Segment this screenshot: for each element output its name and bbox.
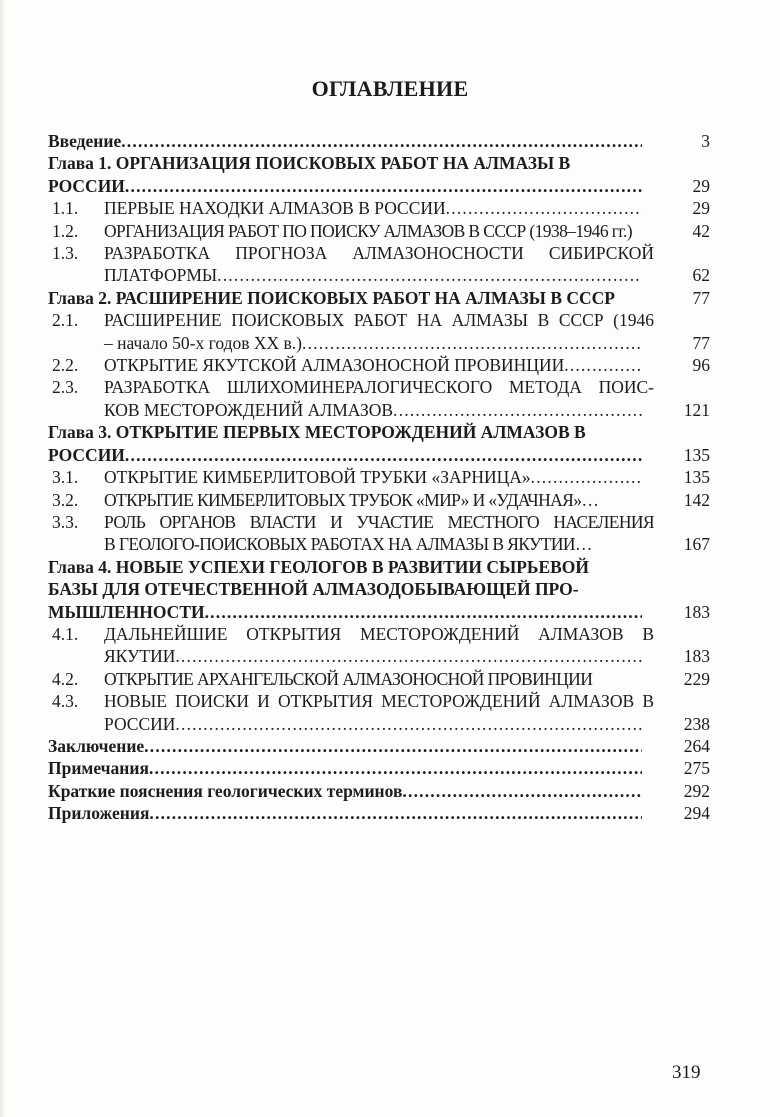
section-number: 1.2. xyxy=(52,220,104,242)
toc-entry[interactable]: Введение3 xyxy=(48,130,710,152)
entry-page-number: 294 xyxy=(654,802,710,824)
dot-leader xyxy=(121,130,642,152)
page-title: ОГЛАВЛЕНИЕ xyxy=(0,76,780,102)
entry-page-number: 142 xyxy=(654,489,710,511)
section-number: 4.3. xyxy=(52,690,104,712)
toc-chapter-entry[interactable]: Глава 2. РАСШИРЕНИЕ ПОИСКОВЫХ РАБОТ НА А… xyxy=(48,287,710,309)
toc-section-entry[interactable]: 1.3.РАЗРАБОТКА ПРОГНОЗА АЛМАЗОНОСНОСТИ С… xyxy=(48,242,710,287)
entry-title-text: ОРГАНИЗАЦИЯ РАБОТ ПО ПОИСКУ АЛМАЗОВ В СС… xyxy=(104,221,632,241)
entry-last-line: ОТКРЫТИЕ ЯКУТСКОЙ АЛМАЗОНОСНОЙ ПРОВИНЦИИ… xyxy=(48,354,710,376)
entry-page-number: 62 xyxy=(654,264,710,286)
toc-entry[interactable]: Заключение264 xyxy=(48,735,710,757)
entry-line: РОЛЬ ОРГАНОВ ВЛАСТИ И УЧАСТИЕ МЕСТНОГО Н… xyxy=(48,511,710,533)
entry-page-number: 121 xyxy=(654,399,710,421)
toc-section-entry[interactable]: 3.2.ОТКРЫТИЕ КИМБЕРЛИТОВЫХ ТРУБОК «МИР» … xyxy=(48,489,710,511)
toc-section-entry[interactable]: 2.1.РАСШИРЕНИЕ ПОИСКОВЫХ РАБОТ НА АЛМАЗЫ… xyxy=(48,309,710,354)
entry-title: Введение xyxy=(48,130,654,152)
dot-leader xyxy=(205,601,642,623)
toc-chapter-entry[interactable]: Глава 4. НОВЫЕ УСПЕХИ ГЕОЛОГОВ В РАЗВИТИ… xyxy=(48,556,710,623)
dot-leader xyxy=(302,332,642,354)
dot-leader xyxy=(217,264,642,286)
page-edge-shadow xyxy=(0,0,6,1117)
entry-page-number: 264 xyxy=(654,735,710,757)
entry-title: ЯКУТИИ xyxy=(48,645,654,667)
entry-title-line: НОВЫЕ ПОИСКИ И ОТКРЫТИЯ МЕСТОРОЖДЕНИЙ АЛ… xyxy=(48,690,654,712)
entry-title: Приложения xyxy=(48,802,654,824)
section-number: 2.3. xyxy=(52,376,104,398)
section-number: 2.2. xyxy=(52,354,104,376)
toc-section-entry[interactable]: 1.2.ОРГАНИЗАЦИЯ РАБОТ ПО ПОИСКУ АЛМАЗОВ … xyxy=(48,220,710,242)
entry-line: НОВЫЕ ПОИСКИ И ОТКРЫТИЯ МЕСТОРОЖДЕНИЙ АЛ… xyxy=(48,690,710,712)
entry-title-text: МЫШЛЕННОСТИ xyxy=(48,601,205,623)
entry-last-line: КОВ МЕСТОРОЖДЕНИЙ АЛМАЗОВ121 xyxy=(48,399,710,421)
entry-line: Глава 1. ОРГАНИЗАЦИЯ ПОИСКОВЫХ РАБОТ НА … xyxy=(48,152,710,174)
entry-last-line: ОРГАНИЗАЦИЯ РАБОТ ПО ПОИСКУ АЛМАЗОВ В СС… xyxy=(48,220,710,242)
entry-title: ОРГАНИЗАЦИЯ РАБОТ ПО ПОИСКУ АЛМАЗОВ В СС… xyxy=(48,220,654,242)
entry-title: Заключение xyxy=(48,735,654,757)
section-number: 3.3. xyxy=(52,511,104,533)
entry-page-number: 42 xyxy=(654,220,710,242)
entry-title-text: Примечания xyxy=(48,757,149,779)
entry-title-line: Глава 4. НОВЫЕ УСПЕХИ ГЕОЛОГОВ В РАЗВИТИ… xyxy=(48,556,654,578)
section-number: 1.3. xyxy=(52,242,104,264)
entry-title-text: ЯКУТИИ xyxy=(104,645,175,667)
entry-title-text: РОССИИ xyxy=(48,444,125,466)
entry-page-number: 167 xyxy=(654,533,710,555)
entry-line: РАЗРАБОТКА ШЛИХОМИНЕРАЛОГИЧЕСКОГО МЕТОДА… xyxy=(48,376,710,398)
entry-title: Глава 2. РАСШИРЕНИЕ ПОИСКОВЫХ РАБОТ НА А… xyxy=(48,287,654,309)
entry-title-text: ОТКРЫТИЕ ЯКУТСКОЙ АЛМАЗОНОСНОЙ ПРОВИНЦИИ xyxy=(104,354,564,376)
entry-title-text: ОТКРЫТИЕ КИМБЕРЛИТОВЫХ ТРУБОК «МИР» И «У… xyxy=(104,490,598,510)
entry-title: ОТКРЫТИЕ КИМБЕРЛИТОВЫХ ТРУБОК «МИР» И «У… xyxy=(48,489,654,511)
entry-page-number: 229 xyxy=(654,668,710,690)
section-number: 2.1. xyxy=(52,309,104,331)
toc-section-entry[interactable]: 4.1.ДАЛЬНЕЙШИЕ ОТКРЫТИЯ МЕСТОРОЖДЕНИЙ АЛ… xyxy=(48,623,710,668)
entry-page-number: 96 xyxy=(654,354,710,376)
entry-last-line: РОССИИ29 xyxy=(48,175,710,197)
entry-title-text: ОТКРЫТИЕ КИМБЕРЛИТОВОЙ ТРУБКИ «ЗАРНИЦА» xyxy=(104,466,531,488)
entry-last-line: Заключение264 xyxy=(48,735,710,757)
entry-title-text: В ГЕОЛОГО-ПОИСКОВЫХ РАБОТАХ НА АЛМАЗЫ В … xyxy=(104,534,592,554)
entry-title-text: Приложения xyxy=(48,802,149,824)
dot-leader xyxy=(125,175,642,197)
entry-title: ОТКРЫТИЕ КИМБЕРЛИТОВОЙ ТРУБКИ «ЗАРНИЦА» xyxy=(48,466,654,488)
toc-section-entry[interactable]: 2.3.РАЗРАБОТКА ШЛИХОМИНЕРАЛОГИЧЕСКОГО МЕ… xyxy=(48,376,710,421)
entry-title-line: РАЗРАБОТКА ПРОГНОЗА АЛМАЗОНОСНОСТИ СИБИР… xyxy=(48,242,654,264)
entry-title-line: БАЗЫ ДЛЯ ОТЕЧЕСТВЕННОЙ АЛМАЗОДОБЫВАЮЩЕЙ … xyxy=(48,578,654,600)
dot-leader xyxy=(149,757,642,779)
entry-line: РАСШИРЕНИЕ ПОИСКОВЫХ РАБОТ НА АЛМАЗЫ В С… xyxy=(48,309,710,331)
entry-title-text: ПЛАТФОРМЫ xyxy=(104,264,217,286)
entry-title-text: ОТКРЫТИЕ АРХАНГЕЛЬСКОЙ АЛМАЗОНОСНОЙ ПРОВ… xyxy=(104,669,592,689)
toc-section-entry[interactable]: 3.3.РОЛЬ ОРГАНОВ ВЛАСТИ И УЧАСТИЕ МЕСТНО… xyxy=(48,511,710,556)
dot-leader xyxy=(125,444,642,466)
dot-leader xyxy=(446,197,642,219)
section-number: 4.1. xyxy=(52,623,104,645)
entry-title: В ГЕОЛОГО-ПОИСКОВЫХ РАБОТАХ НА АЛМАЗЫ В … xyxy=(48,533,654,555)
entry-title-line: Глава 3. ОТКРЫТИЕ ПЕРВЫХ МЕСТОРОЖДЕНИЙ А… xyxy=(48,421,654,443)
dot-leader xyxy=(564,354,642,376)
entry-last-line: МЫШЛЕННОСТИ183 xyxy=(48,601,710,623)
entry-title-text: – начало 50-х годов XX в.) xyxy=(104,332,302,354)
entry-last-line: Введение3 xyxy=(48,130,710,152)
dot-leader xyxy=(175,645,642,667)
toc-section-entry[interactable]: 1.1.ПЕРВЫЕ НАХОДКИ АЛМАЗОВ В РОССИИ29 xyxy=(48,197,710,219)
entry-last-line: Краткие пояснения геологических терминов… xyxy=(48,780,710,802)
entry-last-line: РОССИИ238 xyxy=(48,713,710,735)
entry-last-line: ЯКУТИИ183 xyxy=(48,645,710,667)
entry-title: ОТКРЫТИЕ АРХАНГЕЛЬСКОЙ АЛМАЗОНОСНОЙ ПРОВ… xyxy=(48,668,654,690)
entry-line: Глава 4. НОВЫЕ УСПЕХИ ГЕОЛОГОВ В РАЗВИТИ… xyxy=(48,556,710,578)
entry-line: ДАЛЬНЕЙШИЕ ОТКРЫТИЯ МЕСТОРОЖДЕНИЙ АЛМАЗО… xyxy=(48,623,710,645)
entry-last-line: Примечания275 xyxy=(48,757,710,779)
entry-title: ПЛАТФОРМЫ xyxy=(48,264,654,286)
entry-last-line: ПЛАТФОРМЫ62 xyxy=(48,264,710,286)
entry-title-text: РОССИИ xyxy=(48,175,125,197)
entry-last-line: РОССИИ135 xyxy=(48,444,710,466)
entry-title-line: РАСШИРЕНИЕ ПОИСКОВЫХ РАБОТ НА АЛМАЗЫ В С… xyxy=(48,309,654,331)
section-number: 3.2. xyxy=(52,489,104,511)
entry-title: Примечания xyxy=(48,757,654,779)
entry-page-number: 135 xyxy=(654,466,710,488)
page-number: 319 xyxy=(672,1062,701,1084)
entry-title-line: ДАЛЬНЕЙШИЕ ОТКРЫТИЯ МЕСТОРОЖДЕНИЙ АЛМАЗО… xyxy=(48,623,654,645)
toc-section-entry[interactable]: 2.2.ОТКРЫТИЕ ЯКУТСКОЙ АЛМАЗОНОСНОЙ ПРОВИ… xyxy=(48,354,710,376)
entry-page-number: 183 xyxy=(654,645,710,667)
entry-page-number: 292 xyxy=(654,780,710,802)
entry-page-number: 77 xyxy=(654,332,710,354)
entry-title-line: Глава 1. ОРГАНИЗАЦИЯ ПОИСКОВЫХ РАБОТ НА … xyxy=(48,152,654,174)
entry-title-line: РАЗРАБОТКА ШЛИХОМИНЕРАЛОГИЧЕСКОГО МЕТОДА… xyxy=(48,376,654,398)
entry-page-number: 77 xyxy=(654,287,710,309)
entry-page-number: 275 xyxy=(654,757,710,779)
entry-page-number: 135 xyxy=(654,444,710,466)
entry-title: РОССИИ xyxy=(48,713,654,735)
dot-leader xyxy=(393,399,642,421)
toc-chapter-entry[interactable]: Глава 3. ОТКРЫТИЕ ПЕРВЫХ МЕСТОРОЖДЕНИЙ А… xyxy=(48,421,710,466)
dot-leader xyxy=(175,713,642,735)
toc-section-entry[interactable]: 4.2.ОТКРЫТИЕ АРХАНГЕЛЬСКОЙ АЛМАЗОНОСНОЙ … xyxy=(48,668,710,690)
entry-last-line: ОТКРЫТИЕ КИМБЕРЛИТОВЫХ ТРУБОК «МИР» И «У… xyxy=(48,489,710,511)
dot-leader xyxy=(144,735,642,757)
section-number: 3.1. xyxy=(52,466,104,488)
entry-title: РОССИИ xyxy=(48,175,654,197)
toc-section-entry[interactable]: 4.3.НОВЫЕ ПОИСКИ И ОТКРЫТИЯ МЕСТОРОЖДЕНИ… xyxy=(48,690,710,735)
entry-title-text: РОССИИ xyxy=(104,713,175,735)
toc-section-entry[interactable]: 3.1.ОТКРЫТИЕ КИМБЕРЛИТОВОЙ ТРУБКИ «ЗАРНИ… xyxy=(48,466,710,488)
entry-page-number: 3 xyxy=(654,130,710,152)
entry-title: ПЕРВЫЕ НАХОДКИ АЛМАЗОВ В РОССИИ xyxy=(48,197,654,219)
entry-last-line: Приложения294 xyxy=(48,802,710,824)
entry-page-number: 29 xyxy=(654,197,710,219)
entry-title-text: Глава 2. РАСШИРЕНИЕ ПОИСКОВЫХ РАБОТ НА А… xyxy=(48,288,615,308)
entry-title-text: КОВ МЕСТОРОЖДЕНИЙ АЛМАЗОВ xyxy=(104,399,393,421)
dot-leader xyxy=(149,802,642,824)
entry-line: БАЗЫ ДЛЯ ОТЕЧЕСТВЕННОЙ АЛМАЗОДОБЫВАЮЩЕЙ … xyxy=(48,578,710,600)
entry-last-line: ПЕРВЫЕ НАХОДКИ АЛМАЗОВ В РОССИИ29 xyxy=(48,197,710,219)
entry-page-number: 238 xyxy=(654,713,710,735)
section-number: 4.2. xyxy=(52,668,104,690)
toc-chapter-entry[interactable]: Глава 1. ОРГАНИЗАЦИЯ ПОИСКОВЫХ РАБОТ НА … xyxy=(48,152,710,197)
toc-entry[interactable]: Краткие пояснения геологических терминов… xyxy=(48,780,710,802)
entry-title-text: ПЕРВЫЕ НАХОДКИ АЛМАЗОВ В РОССИИ xyxy=(104,197,446,219)
entry-title-text: Краткие пояснения геологических терминов xyxy=(48,780,402,802)
toc-entry[interactable]: Приложения294 xyxy=(48,802,710,824)
entry-page-number: 29 xyxy=(654,175,710,197)
dot-leader xyxy=(531,466,642,488)
entry-last-line: – начало 50-х годов XX в.)77 xyxy=(48,332,710,354)
entry-title: РОССИИ xyxy=(48,444,654,466)
entry-title: Краткие пояснения геологических терминов xyxy=(48,780,654,802)
entry-page-number: 183 xyxy=(654,601,710,623)
entry-last-line: ОТКРЫТИЕ АРХАНГЕЛЬСКОЙ АЛМАЗОНОСНОЙ ПРОВ… xyxy=(48,668,710,690)
toc-entry[interactable]: Примечания275 xyxy=(48,757,710,779)
entry-line: РАЗРАБОТКА ПРОГНОЗА АЛМАЗОНОСНОСТИ СИБИР… xyxy=(48,242,710,264)
entry-last-line: Глава 2. РАСШИРЕНИЕ ПОИСКОВЫХ РАБОТ НА А… xyxy=(48,287,710,309)
entry-title-text: Заключение xyxy=(48,735,144,757)
entry-title-line: РОЛЬ ОРГАНОВ ВЛАСТИ И УЧАСТИЕ МЕСТНОГО Н… xyxy=(48,511,654,533)
entry-title: ОТКРЫТИЕ ЯКУТСКОЙ АЛМАЗОНОСНОЙ ПРОВИНЦИИ xyxy=(48,354,654,376)
dot-leader xyxy=(402,780,642,802)
entry-last-line: ОТКРЫТИЕ КИМБЕРЛИТОВОЙ ТРУБКИ «ЗАРНИЦА»1… xyxy=(48,466,710,488)
entry-title-text: Введение xyxy=(48,130,121,152)
entry-title: КОВ МЕСТОРОЖДЕНИЙ АЛМАЗОВ xyxy=(48,399,654,421)
entry-last-line: В ГЕОЛОГО-ПОИСКОВЫХ РАБОТАХ НА АЛМАЗЫ В … xyxy=(48,533,710,555)
entry-title: МЫШЛЕННОСТИ xyxy=(48,601,654,623)
section-number: 1.1. xyxy=(52,197,104,219)
entry-title: – начало 50-х годов XX в.) xyxy=(48,332,654,354)
entry-line: Глава 3. ОТКРЫТИЕ ПЕРВЫХ МЕСТОРОЖДЕНИЙ А… xyxy=(48,421,710,443)
table-of-contents: Введение3Глава 1. ОРГАНИЗАЦИЯ ПОИСКОВЫХ … xyxy=(48,130,710,825)
